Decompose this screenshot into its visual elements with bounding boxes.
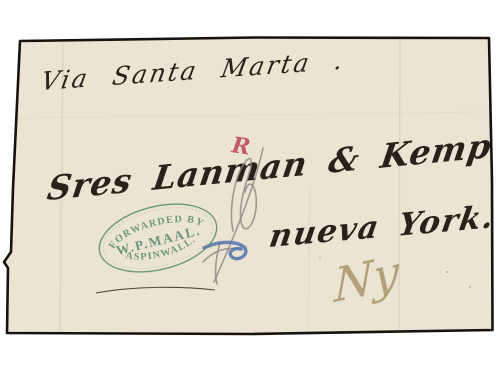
fold-crease [399,40,400,332]
cover-artwork: Via Santa Marta . R Sres Lanman & Kemp —… [0,0,500,375]
cover-photo: Via Santa Marta . R Sres Lanman & Kemp —… [0,0,500,375]
